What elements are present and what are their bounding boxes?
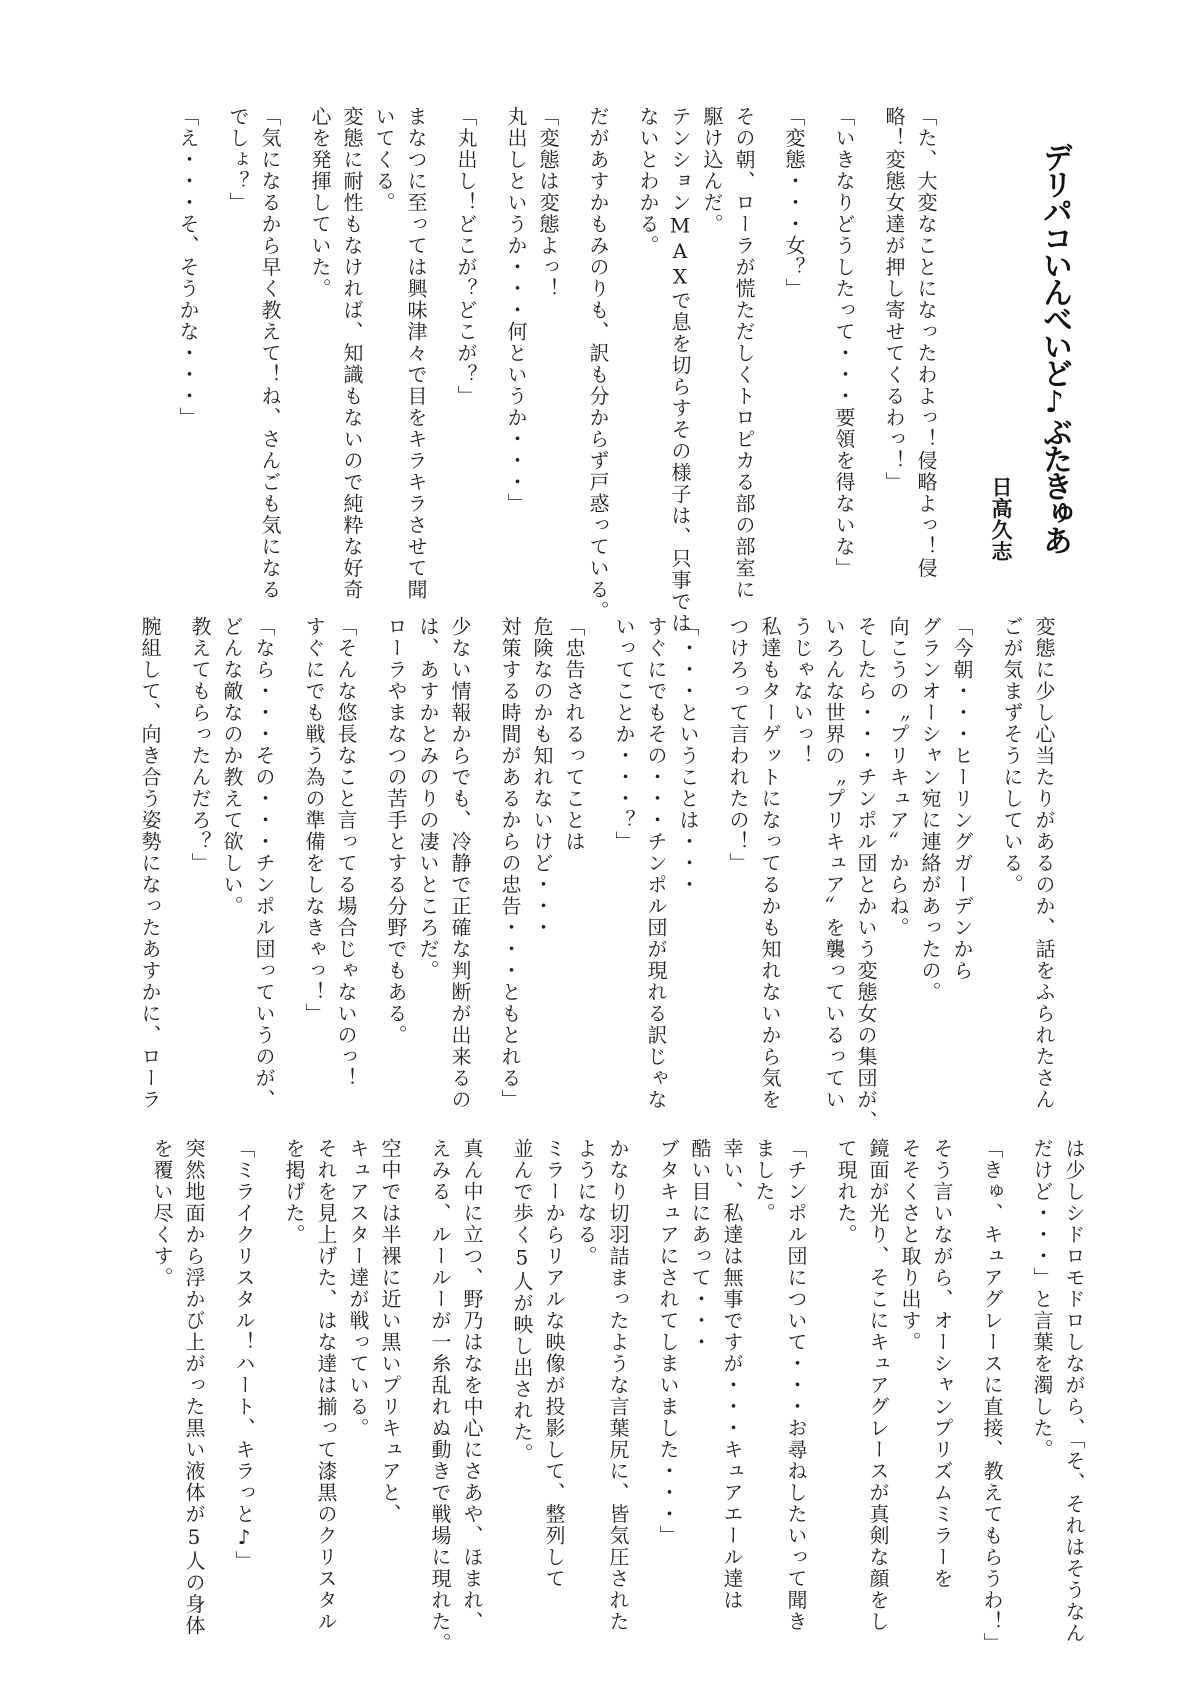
text-column: 並んで歩く5人が映し出された。 <box>506 1138 538 1654</box>
text-column: 「丸出し！どこが？どこが？」 <box>450 106 482 634</box>
text-column: 教えてもらったんだろ？」 <box>184 616 216 1132</box>
text-column: うじゃないっ！ <box>786 616 818 1132</box>
text-column: そそくさと取り出す。 <box>894 1138 926 1654</box>
text-column: て現れた。 <box>830 1138 862 1654</box>
author-name: 日高久志 <box>986 476 1016 562</box>
text-band-middle: 変態に少し心当たりがあるのか、話をふられたさんごが気まずそうにしている。「今朝・… <box>134 616 1060 1132</box>
text-column: ようになる。 <box>570 1138 602 1654</box>
text-column: 対策する時間があるからの忠告・・・ともとれる」 <box>494 616 526 1132</box>
text-column: 「今朝・・・ヒーリングガーデンから <box>946 616 978 1132</box>
page-title: デリパコいんべいど♪ぶたきゅあ <box>1032 142 1076 552</box>
text-column: 私達もターゲットになってるかも知れないから気を <box>754 616 786 1132</box>
text-column: 変態に耐性もなければ、知識もないので純粋な好奇 <box>336 106 368 634</box>
text-column: ローラやまなつの苦手とする分野でもある。 <box>380 616 412 1132</box>
text-column: 略！変態女達が押し寄せてくるわっ！」 <box>878 106 910 634</box>
text-column: つけろって言われたの！」 <box>722 616 754 1132</box>
text-column: すぐにでも戦う為の準備をしなきゃっ！」 <box>298 616 330 1132</box>
text-column: 向こうの〝プリキュア〟からね。 <box>882 616 914 1132</box>
text-column: でしょ？」 <box>222 106 254 634</box>
text-column: 「え・・・そ、そうかな・・・」 <box>172 106 204 634</box>
text-column: だけど・・・」と言葉を濁した。 <box>1026 1138 1058 1654</box>
text-column: 「気になるから早く教えて！ね、さんごも気になる <box>254 106 286 634</box>
text-column: 「変態・・・女？」 <box>778 106 810 634</box>
text-column: は、あすかとみのりの凄いところだ。 <box>412 616 444 1132</box>
text-column: 「チンポル団について・・・お尋ねしたいって聞き <box>780 1138 812 1654</box>
text-band-bottom: は少しシドロモドロしながら、「そ、それはそうなんだけど・・・」と言葉を濁した。「… <box>146 1138 1090 1654</box>
text-column: 「・・・ということは・・・ <box>672 616 704 1132</box>
text-column: グランオーシャン宛に連絡があったの。 <box>914 616 946 1132</box>
text-column: ミラーからリアルな映像が投影して、整列して <box>538 1138 570 1654</box>
text-column: だがあすかもみのりも、訳も分からず戸惑っている。 <box>582 106 614 634</box>
text-column: いてくる。 <box>368 106 400 634</box>
text-column: 突然地面から浮かび上がった黒い液体が5人の身体 <box>178 1138 210 1654</box>
text-column: まなつに至っては興味津々で目をキラキラさせて聞 <box>400 106 432 634</box>
text-column: 心を発揮していた。 <box>304 106 336 634</box>
text-column: 真ん中に立つ、野乃はなを中心にさあや、ほまれ、 <box>456 1138 488 1654</box>
text-column: 「た、大変なことになったわよっ！侵略よっ！侵 <box>910 106 942 634</box>
text-column: ました。 <box>748 1138 780 1654</box>
text-column: そしたら・・・チンポル団とかいう変態女の集団が、 <box>850 616 882 1132</box>
text-column: いってことか・・・？」 <box>608 616 640 1132</box>
text-column: すぐにでもその・・・チンポル団が現れる訳じゃな <box>640 616 672 1132</box>
text-column: 「なら・・・その・・・チンポル団っていうのが、 <box>248 616 280 1132</box>
text-column: 「忠告されるってことは <box>558 616 590 1132</box>
text-column: 幸い、私達は無事ですが・・・キュアエール達は <box>716 1138 748 1654</box>
text-column: 「変態は変態よっ！ <box>532 106 564 634</box>
text-column: 危険なのかも知れないけど・・・ <box>526 616 558 1132</box>
text-column: 少ない情報からでも、冷静で正確な判断が出来るの <box>444 616 476 1132</box>
text-band-top: 「た、大変なことになったわよっ！侵略よっ！侵略！変態女達が押し寄せてくるわっ！」… <box>172 106 942 634</box>
text-column: ごが気まずそうにしている。 <box>996 616 1028 1132</box>
text-column: 鏡面が光り、そこにキュアグレースが真剣な顔をし <box>862 1138 894 1654</box>
text-column: 「いきなりどうしたって・・・要領を得ないな」 <box>828 106 860 634</box>
novel-page: デリパコいんべいど♪ぶたきゅあ 日高久志 「た、大変なことになったわよっ！侵略よ… <box>0 0 1200 1695</box>
text-column: かなり切羽詰まったような言葉尻に、皆気圧された <box>602 1138 634 1654</box>
text-column: その朝、ローラが慌ただしくトロピカる部の部室に <box>728 106 760 634</box>
text-column: キュアスター達が戦っている。 <box>342 1138 374 1654</box>
text-column: 「きゅ、キュアグレースに直接、教えてもらうわ！」 <box>976 1138 1008 1654</box>
text-column: を覆い尽くす。 <box>146 1138 178 1654</box>
text-column: 腕組して、向き合う姿勢になったあすかに、ローラ <box>134 616 166 1132</box>
text-column: ブタキュアにされてしまいました・・・」 <box>652 1138 684 1654</box>
text-column: テンションMAXで息を切らすその様子は、只事では <box>664 106 696 634</box>
text-column: えみる、ルールーが一糸乱れぬ動きで戦場に現れた。 <box>424 1138 456 1654</box>
text-column: は少しシドロモドロしながら、「そ、それはそうなん <box>1058 1138 1090 1654</box>
text-column: 酷い目にあって・・・ <box>684 1138 716 1654</box>
text-column: 丸出しというか・・・何というか・・・」 <box>500 106 532 634</box>
text-column: どんな敵なのか教えて欲しい。 <box>216 616 248 1132</box>
text-column: 変態に少し心当たりがあるのか、話をふられたさん <box>1028 616 1060 1132</box>
text-column: 駆け込んだ。 <box>696 106 728 634</box>
text-column: ないとわかる。 <box>632 106 664 634</box>
text-column: 空中では半裸に近い黒いプリキュアと、 <box>374 1138 406 1654</box>
text-column: 「そんな悠長なこと言ってる場合じゃないのっ！ <box>330 616 362 1132</box>
text-column: いろんな世界の〝プリキュア〟を襲っているってい <box>818 616 850 1132</box>
text-column: 「ミライクリスタル！ハート、キラっと♪」 <box>228 1138 260 1654</box>
text-column: それを見上げた、はな達は揃って漆黒のクリスタル <box>310 1138 342 1654</box>
text-column: を掲げた。 <box>278 1138 310 1654</box>
text-column: そう言いながら、オーシャンプリズムミラーを <box>926 1138 958 1654</box>
